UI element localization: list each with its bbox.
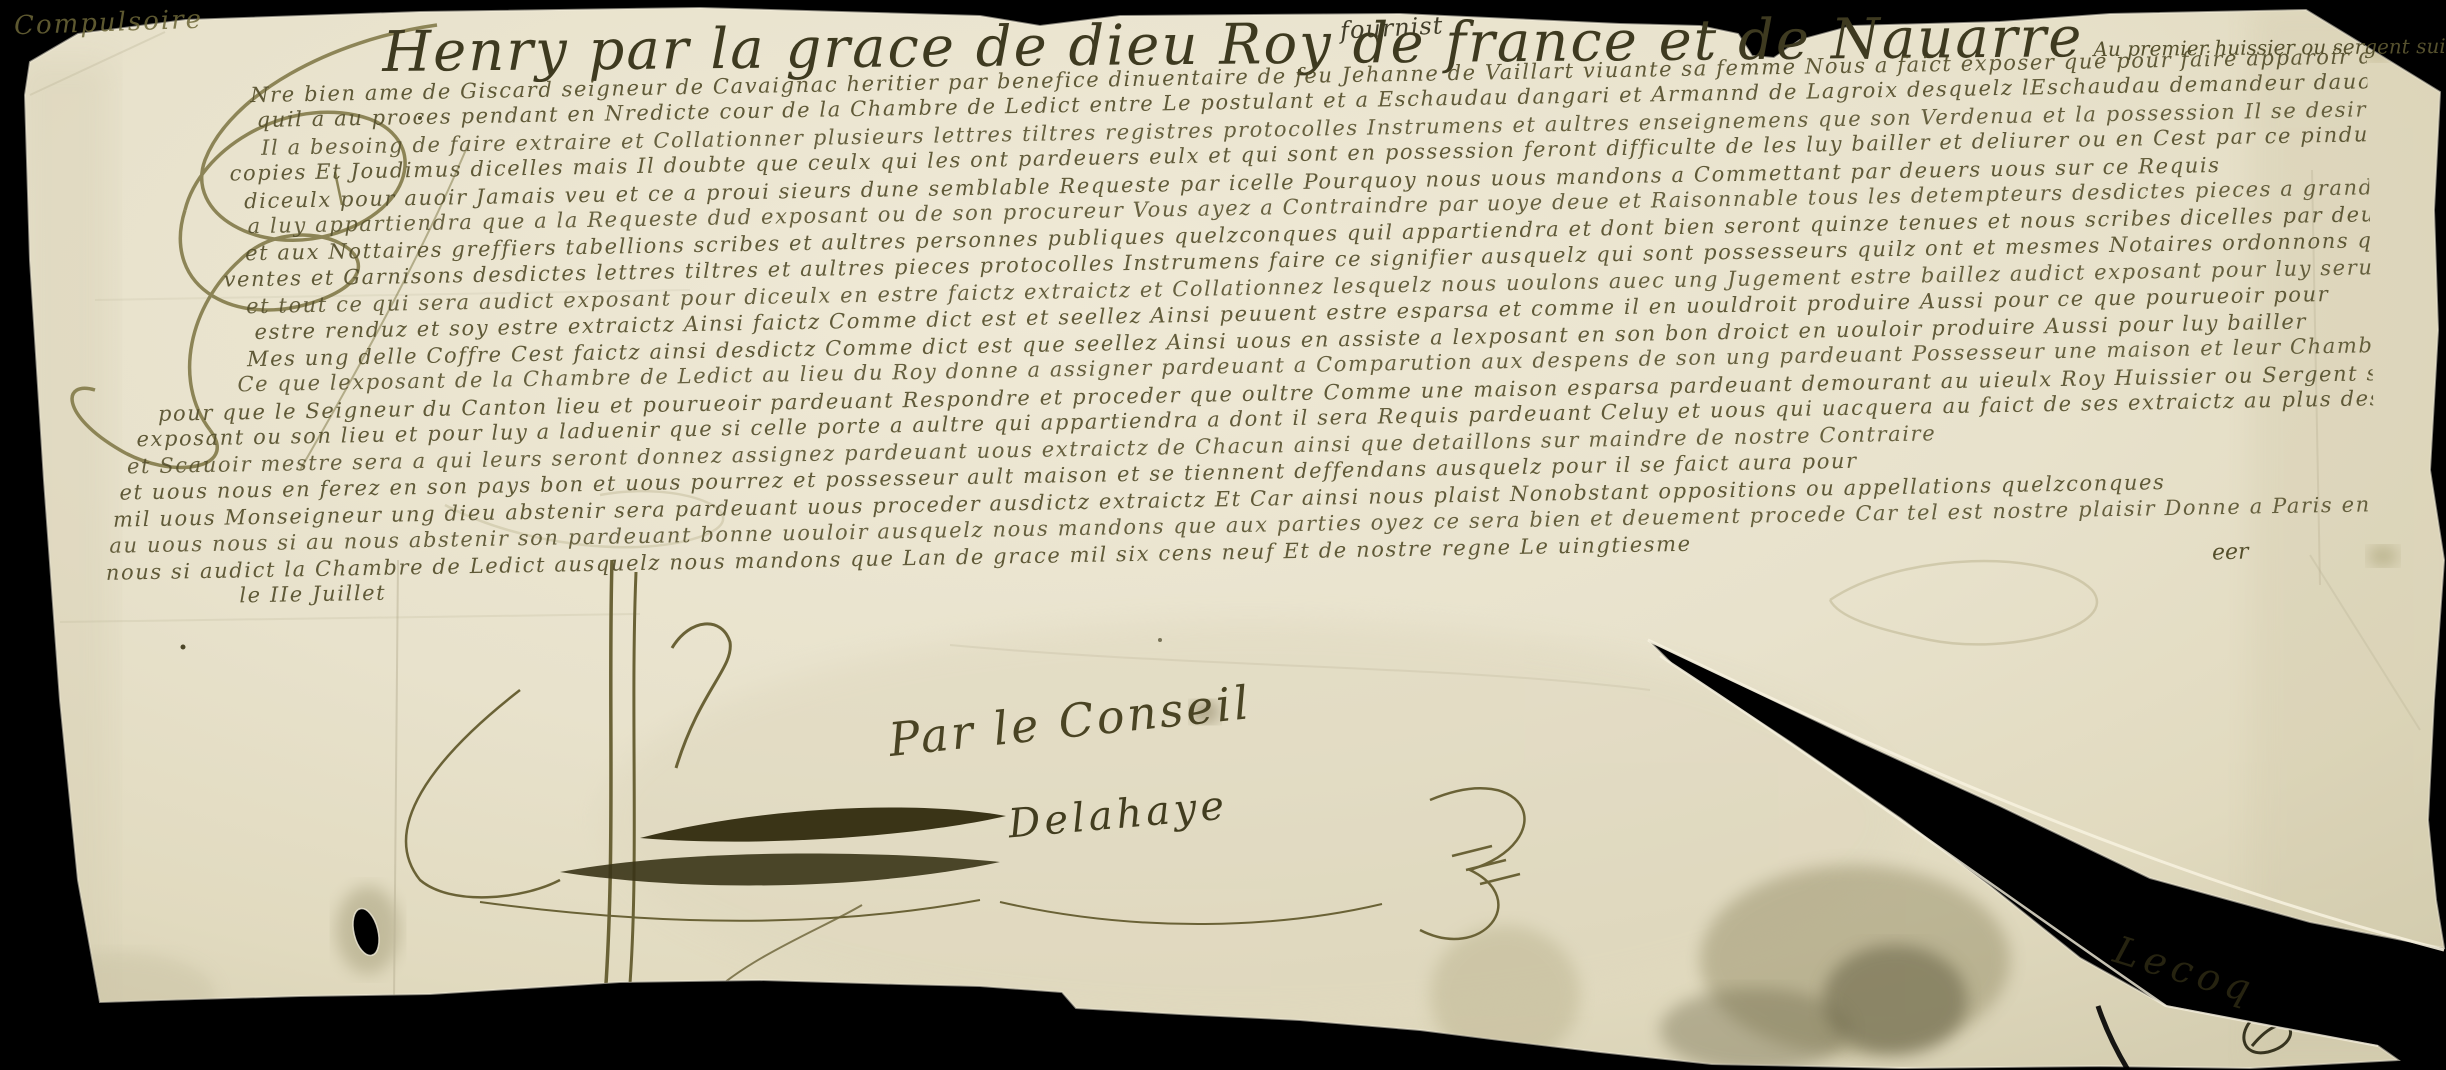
ink-speck	[181, 645, 186, 650]
ink-speck	[1158, 638, 1162, 642]
stain-corner-left	[25, 953, 215, 1037]
stain-speckle	[1430, 925, 1580, 1065]
stain-left-lobe	[1660, 988, 1850, 1070]
catchword: eer	[2212, 539, 2249, 565]
body-lines: Nre bien ame de Giscard seigneur de Cava…	[92, 44, 2376, 613]
manuscript-photo: Compulsoire fournist Henry par la grace …	[0, 0, 2446, 1070]
